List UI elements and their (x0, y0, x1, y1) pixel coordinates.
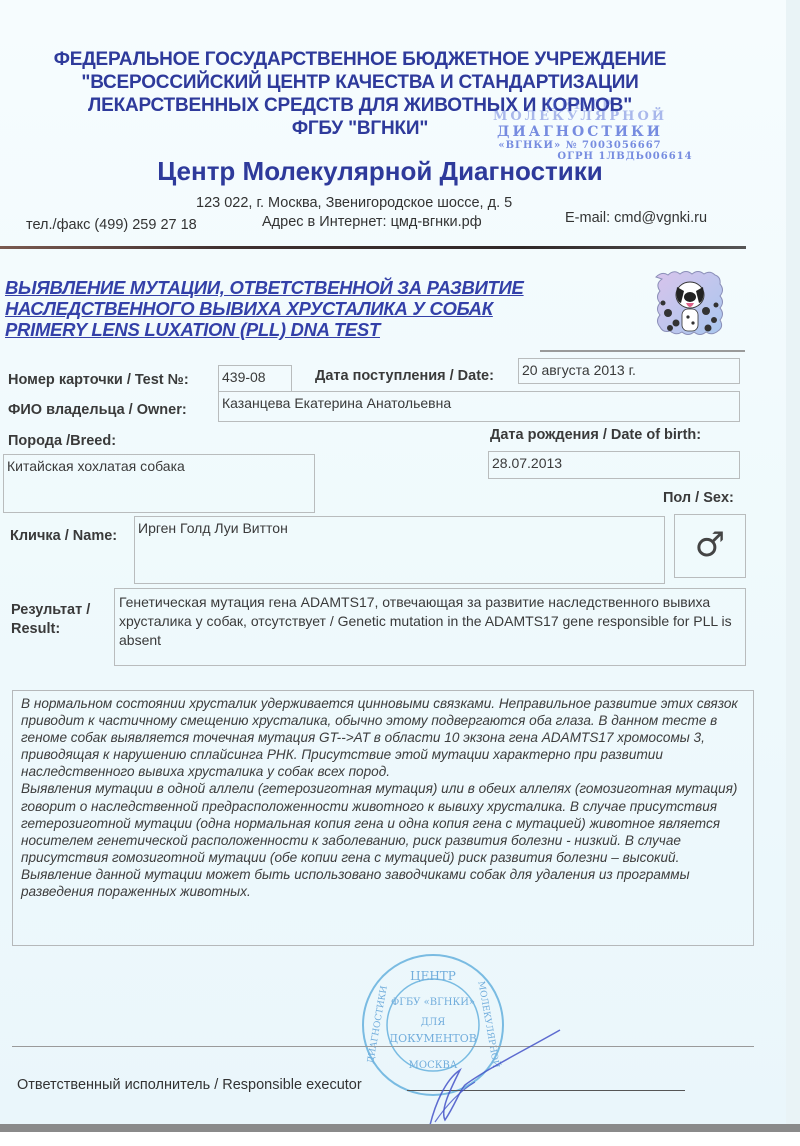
signature-divider (12, 1046, 754, 1047)
result-label-2: Result: (11, 621, 60, 637)
dob-field: 28.07.2013 (488, 451, 740, 479)
result-label-1: Результат / (11, 602, 90, 618)
center-title: Центр Молекулярной Диагностики (130, 156, 630, 187)
info-paragraph-2: Выявления мутации в одной аллели (гетеро… (21, 780, 745, 865)
info-paragraph-3: Выявление данной мутации может быть испо… (21, 866, 745, 900)
result-field: Генетическая мутация гена ADAMTS17, отве… (114, 588, 746, 666)
date-field: 20 августа 2013 г. (518, 358, 740, 384)
dob-label: Дата рождения / Date of birth: (490, 427, 701, 443)
document-page: ФЕДЕРАЛЬНОЕ ГОСУДАРСТВЕННОЕ БЮДЖЕТНОЕ УЧ… (0, 0, 800, 1146)
svg-text:ФГБУ «ВГНКИ»: ФГБУ «ВГНКИ» (391, 997, 475, 1008)
breed-label: Порода /Breed: (8, 433, 116, 449)
info-box: В нормальном состоянии хрусталик удержив… (12, 690, 754, 946)
sex-label: Пол / Sex: (663, 490, 734, 506)
test-no-field: 439-08 (218, 365, 292, 392)
breed-field: Китайская хохлатая собака (3, 454, 315, 513)
name-field: Ирген Голд Луи Виттон (134, 516, 665, 584)
email: E-mail: cmd@vgnki.ru (565, 210, 707, 226)
website: Адрес в Интернет: цмд-вгнки.рф (262, 214, 482, 230)
scan-margin (0, 1132, 800, 1146)
owner-label: ФИО владельца / Owner: (8, 402, 187, 418)
info-paragraph-1: В нормальном состоянии хрусталик удержив… (21, 695, 745, 780)
executor-label: Ответственный исполнитель / Responsible … (17, 1077, 362, 1093)
title-divider (540, 350, 745, 352)
signature-icon (405, 1010, 585, 1130)
scan-bottom-bar (0, 1124, 800, 1132)
name-label: Кличка / Name: (10, 528, 117, 544)
owner-field: Казанцева Екатерина Анатольевна (218, 391, 740, 422)
org-line-1: ФЕДЕРАЛЬНОЕ ГОСУДАРСТВЕННОЕ БЮДЖЕТНОЕ УЧ… (0, 48, 720, 71)
phone: тел./факс (499) 259 27 18 (26, 217, 197, 233)
test-title: ВЫЯВЛЕНИЕ МУТАЦИИ, ОТВЕТСТВЕННОЙ ЗА РАЗВ… (5, 277, 524, 340)
test-no-label: Номер карточки / Test №: (8, 372, 189, 388)
address: 123 022, г. Москва, Звенигородское шоссе… (196, 195, 512, 211)
scan-edge (786, 0, 800, 1125)
dalmatian-logo-icon (648, 265, 730, 345)
org-line-2: "ВСЕРОССИЙСКИЙ ЦЕНТР КАЧЕСТВА И СТАНДАРТ… (0, 71, 720, 94)
sex-male-icon: ♂ (674, 514, 746, 578)
svg-text:ЦЕНТР: ЦЕНТР (410, 969, 456, 983)
date-label: Дата поступления / Date: (315, 368, 494, 384)
header-divider (0, 246, 746, 249)
registration-stamp: ЦЕНТР МОЛЕКУЛЯРНОЙ ДИАГНОСТИКИ «ВГНКИ» №… (465, 98, 695, 162)
